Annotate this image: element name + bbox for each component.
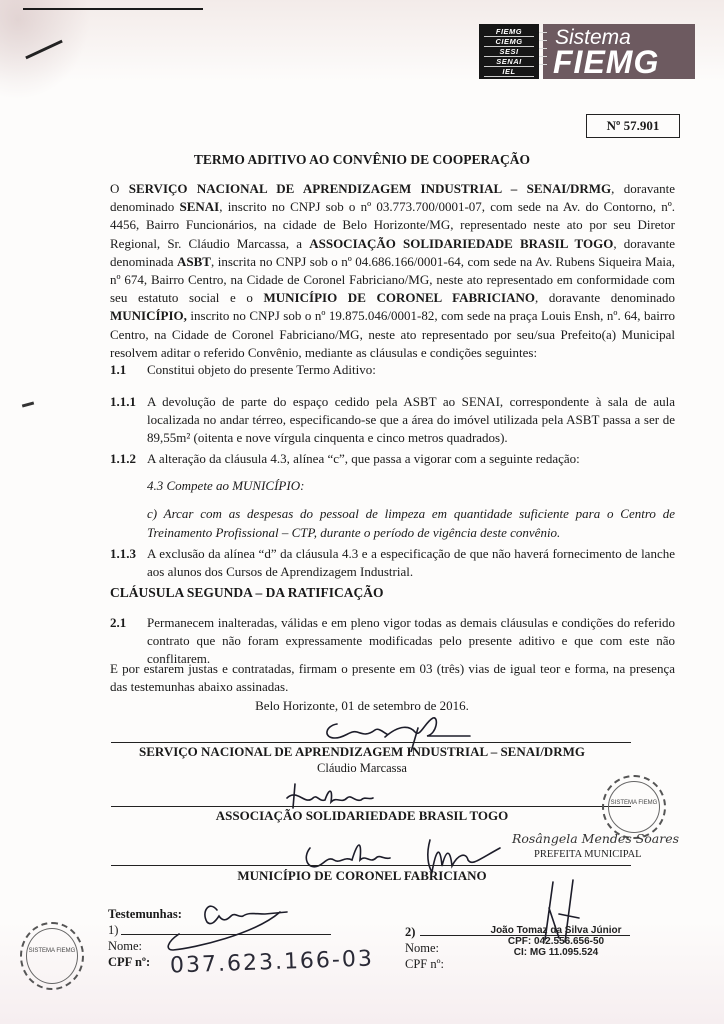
logo-brand-label: FIEMG bbox=[553, 44, 659, 81]
clause-number: 2.1 bbox=[110, 614, 126, 632]
mayor-role-stamp: PREFEITA MUNICIPAL bbox=[534, 849, 642, 860]
logo-entities-block: FIEMG CIEMG SESI SENAI IEL bbox=[479, 24, 539, 79]
logo-entity: IEL bbox=[484, 67, 534, 77]
witness-2-stamp: João Tomaz da Silva Júnior CPF: 042.556.… bbox=[476, 925, 636, 958]
signature-line bbox=[111, 806, 631, 807]
municipio-cnpj: 19.875.046/0001-82 bbox=[329, 308, 434, 323]
asbt-cnpj: 04.686.166/0001-64 bbox=[355, 254, 460, 269]
signer-name-senai: Cláudio Marcassa bbox=[0, 761, 724, 776]
party-senai: SERVIÇO NACIONAL DE APRENDIZAGEM INDUSTR… bbox=[129, 181, 611, 196]
witness-2-cpf-label: CPF nº: bbox=[405, 957, 444, 971]
closing-paragraph: E por estarem justas e contratadas, firm… bbox=[110, 660, 675, 696]
clause-number: 1.1 bbox=[110, 361, 126, 379]
party-asbt-short: ASBT bbox=[177, 254, 211, 269]
stamp-center-text: SISTEMA FIEMG bbox=[22, 948, 82, 955]
stamp-gerente-juridico: SISTEMA FIEMG bbox=[602, 775, 666, 839]
clause-1-1-2: 1.1.2 A alteração da cláusula 4.3, alíne… bbox=[110, 450, 675, 542]
signer-org-municipio: MUNICÍPIO DE CORONEL FABRICIANO bbox=[0, 868, 724, 884]
stamp-center-text: SISTEMA FIEMG bbox=[604, 800, 664, 807]
signature-witness-1 bbox=[135, 892, 325, 952]
clause-text: A devolução de parte do espaço cedido pe… bbox=[147, 393, 675, 448]
mayor-name-stamp: Rosângela Mendes Soares bbox=[512, 831, 679, 846]
text: inscrito no CNPJ sob o nº bbox=[187, 308, 329, 323]
logo-entity: SESI bbox=[484, 47, 534, 57]
document-title: TERMO ADITIVO AO CONVÊNIO DE COOPERAÇÃO bbox=[0, 152, 724, 168]
logo-entity: FIEMG bbox=[484, 27, 534, 37]
clause-1-1: 1.1 Constitui objeto do presente Termo A… bbox=[110, 361, 675, 379]
party-senai-short: SENAI bbox=[179, 199, 219, 214]
witness-2-stamp-cpf: CPF: 042.556.656-50 bbox=[476, 936, 636, 947]
party-asbt: ASSOCIAÇÃO SOLIDARIEDADE BRASIL TOGO bbox=[309, 236, 613, 251]
document-number: Nº 57.901 bbox=[586, 114, 680, 138]
text: , inscrita no CNPJ sob o nº bbox=[211, 254, 355, 269]
signer-org-senai: SERVIÇO NACIONAL DE APRENDIZAGEM INDUSTR… bbox=[0, 744, 724, 760]
text: , doravante denominado bbox=[535, 290, 675, 305]
logo-brand-block: Sistema FIEMG bbox=[543, 24, 695, 79]
quoted-clause-text: c) Arcar com as despesas do pessoal de l… bbox=[147, 505, 675, 541]
clause-number: 1.1.1 bbox=[110, 393, 136, 411]
witness-2-index: 2) bbox=[405, 925, 415, 939]
witness-block-2: 2) Nome: CPF nº: bbox=[405, 924, 444, 972]
preamble-paragraph: O SERVIÇO NACIONAL DE APRENDIZAGEM INDUS… bbox=[110, 180, 675, 362]
clause-text: A exclusão da alínea “d” da cláusula 4.3… bbox=[147, 545, 675, 581]
witness-1-cpf-label: CPF nº: bbox=[108, 955, 150, 969]
text: O bbox=[110, 181, 129, 196]
witness-2-stamp-name: João Tomaz da Silva Júnior bbox=[476, 925, 636, 936]
witness-2-name-label: Nome: bbox=[405, 941, 439, 955]
party-municipio: MUNICÍPIO DE CORONEL FABRICIANO bbox=[264, 290, 535, 305]
signature-line bbox=[111, 865, 631, 866]
clause-1-1-3: 1.1.3 A exclusão da alínea “d” da cláusu… bbox=[110, 545, 675, 581]
sistema-fiemg-logo: FIEMG CIEMG SESI SENAI IEL Sistema FIEMG bbox=[479, 24, 695, 79]
clause-text: Constitui objeto do presente Termo Aditi… bbox=[147, 361, 675, 379]
clause-number: 1.1.3 bbox=[110, 545, 136, 563]
witness-2-stamp-ci: CI: MG 11.095.524 bbox=[476, 947, 636, 958]
witness-1-index: 1) bbox=[108, 923, 118, 937]
stamp-gerencia-juridica: SISTEMA FIEMG bbox=[20, 922, 84, 990]
scan-edge-line bbox=[23, 8, 203, 10]
signature-line bbox=[111, 742, 631, 743]
logo-entity: CIEMG bbox=[484, 37, 534, 47]
quoted-clause-heading: 4.3 Compete ao MUNICÍPIO: bbox=[147, 477, 675, 495]
section-heading-ratificacao: CLÁUSULA SEGUNDA – DA RATIFICAÇÃO bbox=[110, 585, 384, 601]
clause-1-1-1: 1.1.1 A devolução de parte do espaço ced… bbox=[110, 393, 675, 448]
clause-text: A alteração da cláusula 4.3, alínea “c”,… bbox=[147, 450, 675, 468]
party-municipio-short: MUNICÍPIO, bbox=[110, 308, 187, 323]
logo-ticks bbox=[539, 32, 547, 72]
logo-entity: SENAI bbox=[484, 57, 534, 67]
clause-number: 1.1.2 bbox=[110, 450, 136, 468]
